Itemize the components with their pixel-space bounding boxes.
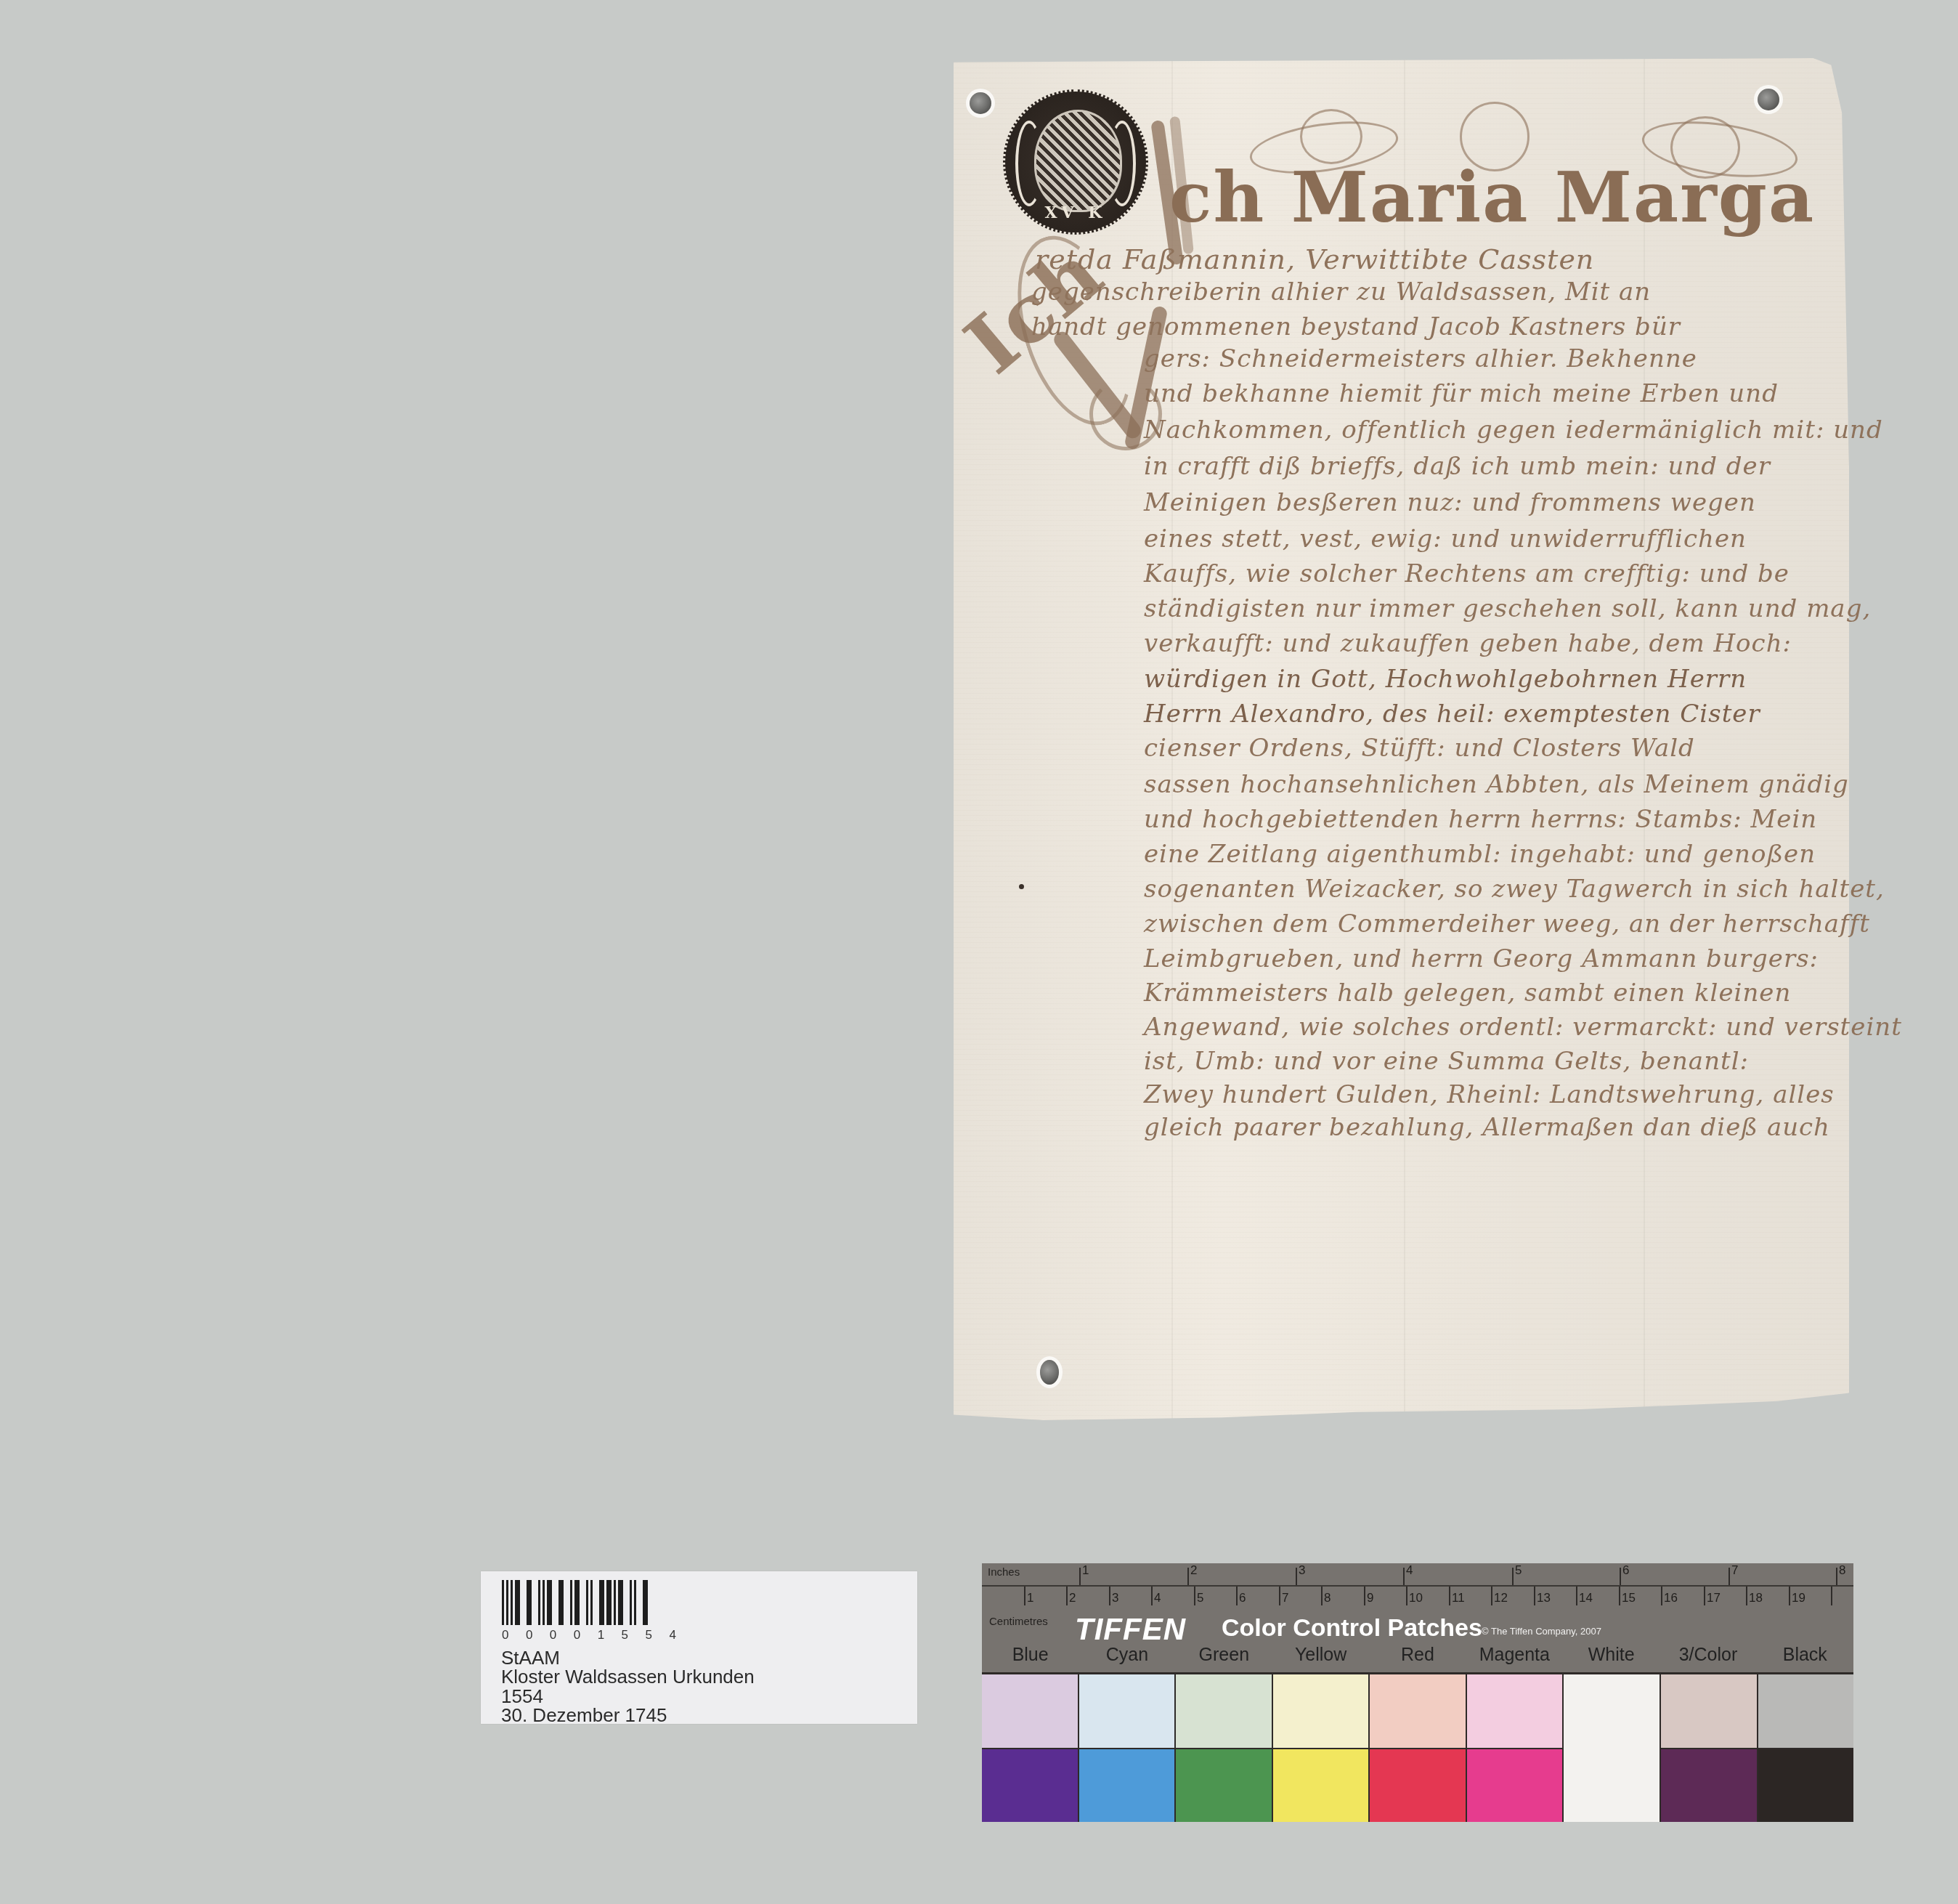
barcode-digit: 5 [646,1628,652,1642]
text-line: Meinigen besßeren nuz: und frommens wege… [1144,488,1756,517]
mounting-pin-bottom-left [1040,1360,1059,1385]
text-line: eine Zeitlang aigenthumbl: ingehabt: und… [1144,840,1816,869]
patch-white [1564,1674,1661,1822]
text-line: Krämmeisters halb gelegen, sambt einen k… [1144,979,1791,1008]
patch-label-red: Red [1369,1645,1466,1672]
text-line: eines stett, vest, ewig: und unwiderruff… [1144,524,1747,554]
text-line: gleich paarer bezahlung, Allermaßen dan … [1144,1113,1830,1142]
cm-tick-label: 14 [1579,1591,1593,1605]
barcode-number: 0 0 0 0 1 5 5 4 [502,1628,676,1642]
patch-black [1758,1674,1854,1822]
color-swatch [1079,1749,1175,1823]
text-line: Kauffs, wie solcher Rechtens am crefftig… [1144,559,1790,588]
patch-label-green: Green [1176,1645,1272,1672]
color-swatch [1079,1674,1175,1749]
inch-tick-label: 3 [1299,1563,1305,1578]
text-line: und bekhanne hiemit für mich meine Erben… [1144,379,1779,408]
text-line: verkaufft: und zukauffen geben habe, dem… [1144,629,1792,658]
chart-title: Color Control Patches [1222,1614,1482,1642]
patch-green [1176,1674,1273,1822]
barcode-digit: 0 [526,1628,532,1642]
color-patches [982,1672,1853,1822]
text-line: sassen hochansehnlichen Abbten, als Mein… [1144,770,1849,799]
color-swatch [1661,1674,1757,1749]
color-swatch [1176,1674,1272,1749]
cm-tick-label: 1 [1027,1591,1033,1605]
centimetres-label: Centimetres [989,1616,1048,1628]
scroll-ornament [1108,121,1136,206]
patch-label-blue: Blue [982,1645,1078,1672]
color-swatch [1370,1749,1466,1823]
color-swatch [1758,1749,1854,1823]
text-line: und hochgebiettenden herrn herrns: Stamb… [1144,805,1817,834]
text-line: cienser Ordens, Stüfft: und Closters Wal… [1144,734,1695,763]
color-swatch [982,1674,1078,1749]
seal-value: XV K [1045,203,1107,222]
text-line: würdigen in Gott, Hochwohlgebohrnen Herr… [1144,665,1747,694]
color-swatch [1467,1674,1563,1749]
mounting-pin-top-right [1758,89,1779,110]
cm-tick-label: 19 [1792,1591,1805,1605]
ink-dot [1019,884,1024,889]
color-swatch [1467,1749,1563,1823]
text-line: ist, Umb: und vor eine Summa Gelts, bena… [1144,1047,1749,1076]
barcode-digit: 4 [669,1628,675,1642]
cm-tick-label: 15 [1622,1591,1636,1605]
text-line: Zwey hundert Gulden, Rheinl: Landtswehru… [1144,1080,1835,1109]
chart-header: Inches 1 2 3 4 5 6 7 8 1 2 3 4 5 6 7 8 9… [982,1563,1853,1672]
text-line: gers: Schneidermeisters alhier. Bekhenne [1144,344,1697,373]
color-swatch [1758,1674,1854,1749]
text-line: ständigisten nur immer geschehen soll, k… [1144,594,1871,623]
barcode-digit: 5 [622,1628,628,1642]
color-swatch [1564,1749,1660,1823]
tiffen-logo: TIFFEN [1075,1612,1186,1647]
patch-label-3color: 3/Color [1660,1645,1756,1672]
cm-tick-label: 4 [1154,1591,1161,1605]
cm-tick-label: 11 [1452,1591,1465,1605]
cm-tick-label: 8 [1324,1591,1331,1605]
cm-tick-label: 3 [1112,1591,1118,1605]
inch-tick-label: 2 [1190,1563,1197,1578]
inches-label: Inches [988,1566,1020,1579]
cm-tick-label: 13 [1537,1591,1551,1605]
color-swatch [1370,1674,1466,1749]
tax-stamp-seal: XV K [1003,89,1148,235]
color-swatch [1176,1749,1272,1823]
text-line: handt genommenen beystand Jacob Kastners… [1031,312,1681,341]
barcode-digit: 1 [598,1628,604,1642]
patch-label-magenta: Magenta [1466,1645,1563,1672]
cm-tick-label: 18 [1749,1591,1763,1605]
text-line: Angewand, wie solches ordentl: vermarckt… [1144,1013,1902,1042]
document-date: 30. Dezember 1745 [501,1704,667,1727]
color-swatch [1273,1749,1369,1823]
color-swatch [1564,1674,1660,1749]
text-line: Herrn Alexandro, des heil: exemptesten C… [1144,700,1760,729]
cm-tick-label: 17 [1707,1591,1721,1605]
patch-label-black: Black [1757,1645,1853,1672]
tiffen-color-chart: Inches 1 2 3 4 5 6 7 8 1 2 3 4 5 6 7 8 9… [982,1563,1853,1820]
text-line: retda Faßmannin, Verwittibte Cassten [1035,243,1594,275]
patch-magenta [1467,1674,1564,1822]
text-line: Nachkommen, offentlich gegen iedermänigl… [1144,416,1883,445]
text-line: in crafft diß brieffs, daß ich umb mein:… [1144,452,1771,481]
copyright-notice: © The Tiffen Company, 2007 [1482,1626,1601,1637]
inch-ruler: Inches 1 2 3 4 5 6 7 8 [982,1563,1853,1587]
patch-3color [1661,1674,1758,1822]
cm-tick-label: 7 [1282,1591,1288,1605]
cm-tick-label: 5 [1197,1591,1203,1605]
text-line: zwischen dem Commerdeiher weeg, an der h… [1144,910,1870,939]
patch-label-cyan: Cyan [1078,1645,1175,1672]
cm-tick-label: 9 [1367,1591,1373,1605]
color-swatch [1661,1749,1757,1823]
color-swatch [1273,1674,1369,1749]
text-line: gegenschreiberin alhier zu Waldsassen, M… [1031,278,1651,307]
patch-cyan [1079,1674,1177,1822]
text-line: sogenanten Weizacker, so zwey Tagwerch i… [1144,875,1885,904]
patch-red [1370,1674,1467,1822]
barcode [502,1580,650,1625]
inch-tick-label: 1 [1082,1563,1089,1578]
inch-tick-label: 8 [1839,1563,1845,1578]
mounting-pin-top-left [970,92,991,114]
cm-tick-label: 16 [1664,1591,1678,1605]
cm-tick-label: 10 [1409,1591,1423,1605]
patch-blue [982,1674,1079,1822]
barcode-digit: 0 [502,1628,508,1642]
barcode-digit: 0 [550,1628,556,1642]
cm-tick-label: 2 [1069,1591,1076,1605]
color-swatch [982,1749,1078,1823]
inch-tick-label: 7 [1731,1563,1738,1578]
archive-label: 0 0 0 0 1 5 5 4 StAAM Kloster Waldsassen… [481,1571,917,1724]
barcode-digit: 0 [574,1628,580,1642]
patch-label-yellow: Yellow [1272,1645,1369,1672]
patch-label-white: White [1563,1645,1660,1672]
inch-tick-label: 6 [1622,1563,1629,1578]
inch-tick-label: 4 [1406,1563,1413,1578]
patch-yellow [1273,1674,1370,1822]
cm-tick-label: 6 [1239,1591,1246,1605]
scroll-ornament [1015,121,1043,206]
text-line: Leimbgrueben, und herrn Georg Ammann bur… [1144,944,1819,973]
document-heading: ch Maria Marga [1169,156,1815,238]
cm-tick-label: 12 [1494,1591,1508,1605]
patch-name-row: Blue Cyan Green Yellow Red Magenta White… [982,1645,1853,1672]
inch-tick-label: 5 [1515,1563,1522,1578]
